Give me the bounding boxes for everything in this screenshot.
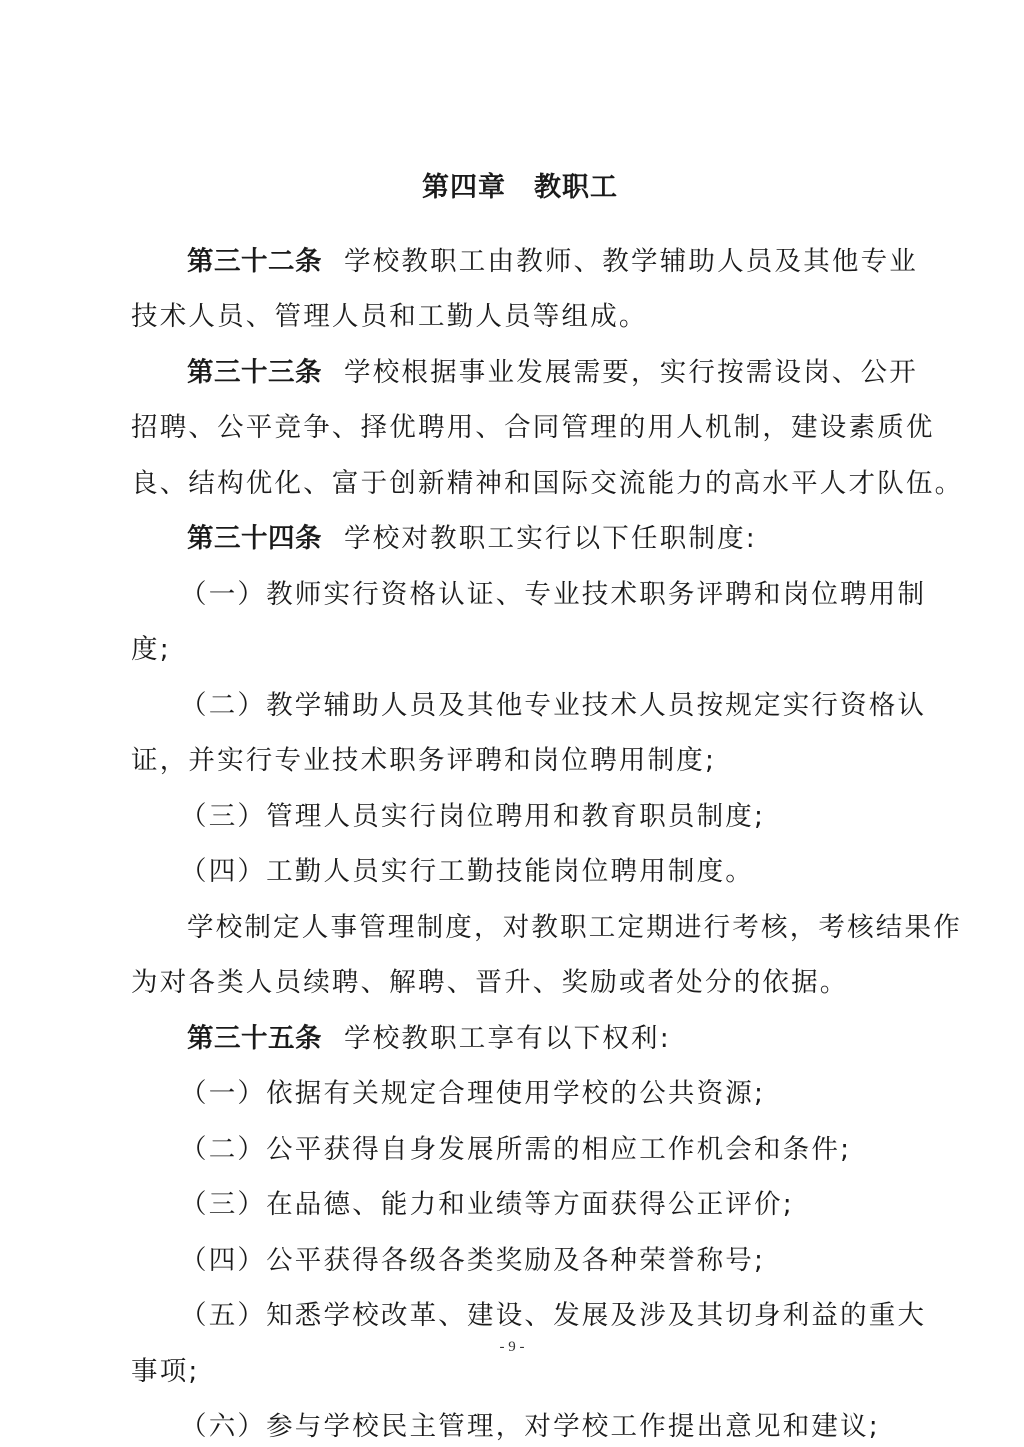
article-33-line-2: 招聘、公平竞争、择优聘用、合同管理的用人机制，建设素质优 xyxy=(131,408,935,448)
article-35-item-6: （六）参与学校民主管理，对学校工作提出意见和建议; xyxy=(180,1407,880,1447)
article-34-line-1: 第三十四条学校对教职工实行以下任职制度: xyxy=(187,519,757,559)
article-32-line-2: 技术人员、管理人员和工勤人员等组成。 xyxy=(131,297,648,337)
article-text: 学校教职工享有以下权利: xyxy=(344,1023,671,1054)
article-label: 第三十五条 xyxy=(187,1023,322,1054)
article-label: 第三十三条 xyxy=(187,357,322,388)
article-35-item-1: （一）依据有关规定合理使用学校的公共资源; xyxy=(180,1074,765,1114)
article-35-item-5-cont: 事项; xyxy=(131,1352,200,1392)
article-35-item-4: （四）公平获得各级各类奖励及各种荣誉称号; xyxy=(180,1241,765,1281)
article-35-item-2: （二）公平获得自身发展所需的相应工作机会和条件; xyxy=(180,1130,851,1170)
article-34-item-1-cont: 度; xyxy=(131,630,171,670)
article-34-item-2-cont: 证，并实行专业技术职务评聘和岗位聘用制度; xyxy=(131,741,716,781)
article-text: 学校对教职工实行以下任职制度: xyxy=(344,523,757,554)
article-label: 第三十二条 xyxy=(187,246,322,277)
page-number: - 9 - xyxy=(0,1337,1024,1357)
article-34-paragraph: 学校制定人事管理制度，对教职工定期进行考核，考核结果作 xyxy=(187,908,962,948)
article-34-item-1: （一）教师实行资格认证、专业技术职务评聘和岗位聘用制 xyxy=(180,575,926,615)
article-label: 第三十四条 xyxy=(187,523,322,554)
article-34-item-3: （三）管理人员实行岗位聘用和教育职员制度; xyxy=(180,797,765,837)
article-32-line-1: 第三十二条学校教职工由教师、教学辅助人员及其他专业 xyxy=(187,242,918,282)
article-34-item-4: （四）工勤人员实行工勤技能岗位聘用制度。 xyxy=(180,852,754,892)
article-text: 学校教职工由教师、教学辅助人员及其他专业 xyxy=(344,246,918,277)
article-text: 学校根据事业发展需要，实行按需设岗、公开 xyxy=(344,357,918,388)
article-35-line-1: 第三十五条学校教职工享有以下权利: xyxy=(187,1019,671,1059)
document-page: 第四章 教职工 第三十二条学校教职工由教师、教学辅助人员及其他专业 技术人员、管… xyxy=(0,0,1024,1447)
article-34-item-2: （二）教学辅助人员及其他专业技术人员按规定实行资格认 xyxy=(180,686,926,726)
article-33-line-1: 第三十三条学校根据事业发展需要，实行按需设岗、公开 xyxy=(187,353,918,393)
chapter-title: 第四章 教职工 xyxy=(0,168,1024,208)
article-33-line-3: 良、结构优化、富于创新精神和国际交流能力的高水平人才队伍。 xyxy=(131,464,963,504)
article-35-item-3: （三）在品德、能力和业绩等方面获得公正评价; xyxy=(180,1185,794,1225)
article-34-paragraph-cont: 为对各类人员续聘、解聘、晋升、奖励或者处分的依据。 xyxy=(131,963,849,1003)
article-35-item-5: （五）知悉学校改革、建设、发展及涉及其切身利益的重大 xyxy=(180,1296,926,1336)
